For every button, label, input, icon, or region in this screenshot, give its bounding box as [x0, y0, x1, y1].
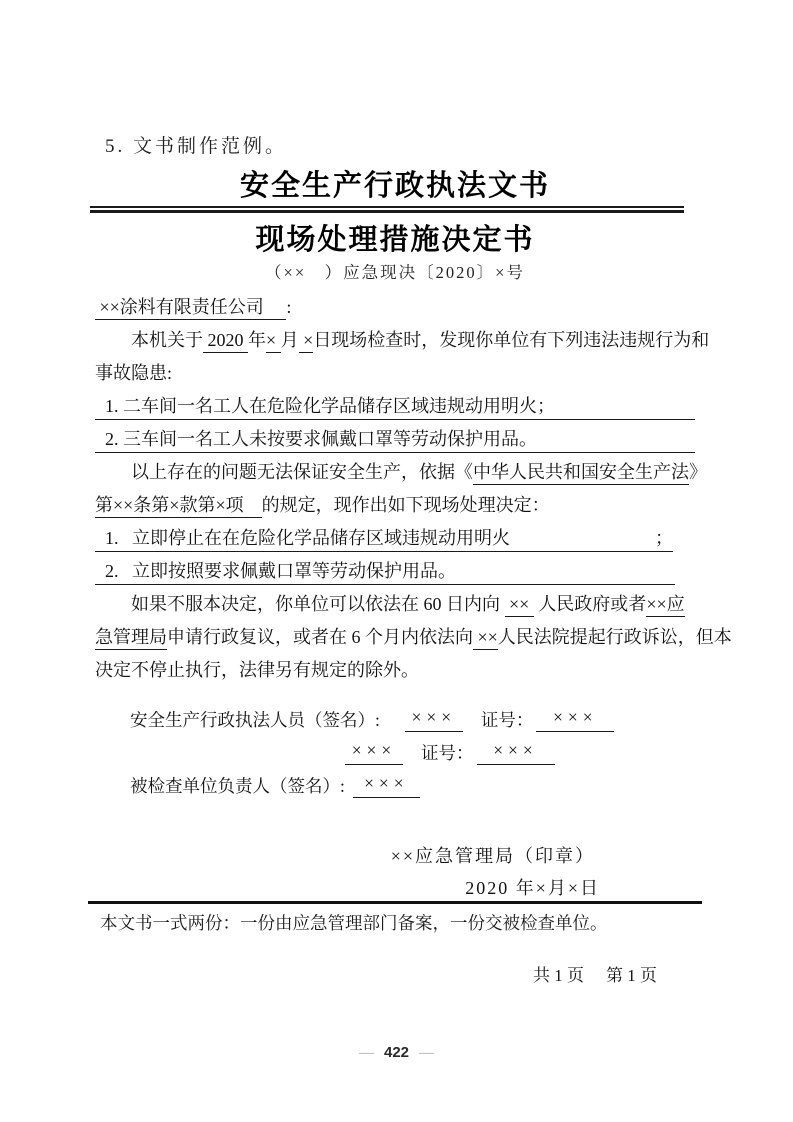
signature-block: 安全生产行政执法人员（签名）: ××× 证号： ××× ××× 证号： ××× … [95, 699, 695, 798]
inspection-paragraph-line-2: 事故隐患: [95, 358, 695, 391]
issuer-stamp-line: ××应急管理局（印章） [95, 842, 595, 868]
page-count-current: 第 1 页 [606, 966, 657, 985]
document-body: ××涂料有限责任公司 : 本机关于 2020 年× 月 ×日现场检查时，发现你单… [95, 292, 695, 688]
basis-paragraph-line-2: 第××条第×款第×项 的规定，现作出如下现场处理决定： [95, 490, 695, 523]
page-count: 共 1 页第 1 页 [95, 941, 657, 1006]
violation-item-2: 2. 三车间一名工人未按要求佩戴口罩等劳动保护用品。 [95, 424, 695, 457]
enforcer-signature-label: 安全生产行政执法人员（签名）: [130, 707, 380, 732]
violation-item-1: 1. 二车间一名工人在危险化学品储存区域违规动用明火； [95, 391, 695, 424]
decision-item-1-text: 1. 立即停止在在危险化学品储存区域违规动用明火 [105, 523, 510, 556]
inspected-unit-signature-row: 被检查单位负责人（签名）: ××× [95, 765, 695, 798]
enforcer-signature-2: ××× [345, 738, 403, 765]
decision-item-2: 2. 立即按照要求佩戴口罩等劳动保护用品。 [95, 556, 675, 589]
document-page: 5. 文书制作范例。 安全生产行政执法文书 现场处理措施决定书 （×× ）应急现… [0, 0, 793, 1122]
basis-paragraph-line-1: 以上存在的问题无法保证安全生产，依据《中华人民共和国安全生产法》 [95, 457, 695, 490]
appeal-paragraph-line-3: 决定不停止执行，法律另有规定的除外。 [95, 655, 695, 688]
cert-number-label-2: 证号： [421, 740, 474, 765]
inspected-unit-signature: ××× [353, 771, 420, 798]
page-count-total: 共 1 页 [533, 966, 584, 985]
enforcer-signature-1: ××× [405, 705, 463, 732]
enforcer-signature-row-1: 安全生产行政执法人员（签名）: ××× 证号： ××× [95, 699, 695, 732]
cert-number-1: ××× [536, 705, 614, 732]
doc-title: 现场处理措施决定书 [95, 217, 695, 258]
book-page-number: —422— [0, 1044, 793, 1062]
appeal-paragraph-line-2: 急管理局申请行政复议，或者在 6 个月内依法向 ××人民法院提起行政诉讼，但本 [95, 622, 695, 655]
inspection-paragraph-line-1: 本机关于 2020 年× 月 ×日现场检查时，发现你单位有下列违法违规行为和 [95, 325, 695, 358]
decision-item-2-text: 2. 立即按照要求佩戴口罩等劳动保护用品。 [105, 556, 456, 589]
doc-number: （×× ）应急现决〔2020〕×号 [95, 259, 695, 283]
decision-item-1-suffix: ； [655, 523, 673, 556]
appeal-paragraph-line-1: 如果不服本决定，你单位可以依法在 60 日内向 ×× 人民政府或者××应 [95, 589, 695, 622]
page-number-value: 422 [384, 1044, 409, 1061]
double-rule-divider [90, 206, 684, 213]
cert-number-label-1: 证号： [481, 707, 534, 732]
issue-date-line: 2020 年×月×日 [95, 874, 600, 900]
enforcer-signature-row-2: ××× 证号： ××× [95, 732, 695, 765]
page-number-right-dash: — [419, 1045, 434, 1061]
copies-note: 本文书一式两份：一份由应急管理部门备案，一份交被检查单位。 [100, 910, 694, 935]
cert-number-2: ××× [477, 738, 555, 765]
decision-item-1: 1. 立即停止在在危险化学品储存区域违规动用明火 ； [95, 523, 673, 556]
page-number-left-dash: — [359, 1045, 374, 1061]
addressee-line: ××涂料有限责任公司 : [95, 292, 695, 325]
inspected-unit-label: 被检查单位负责人（签名）: [130, 773, 345, 798]
section-label: 5. 文书制作范例。 [105, 131, 287, 158]
doc-category-title: 安全生产行政执法文书 [95, 163, 695, 204]
bottom-rule-divider [88, 901, 702, 904]
